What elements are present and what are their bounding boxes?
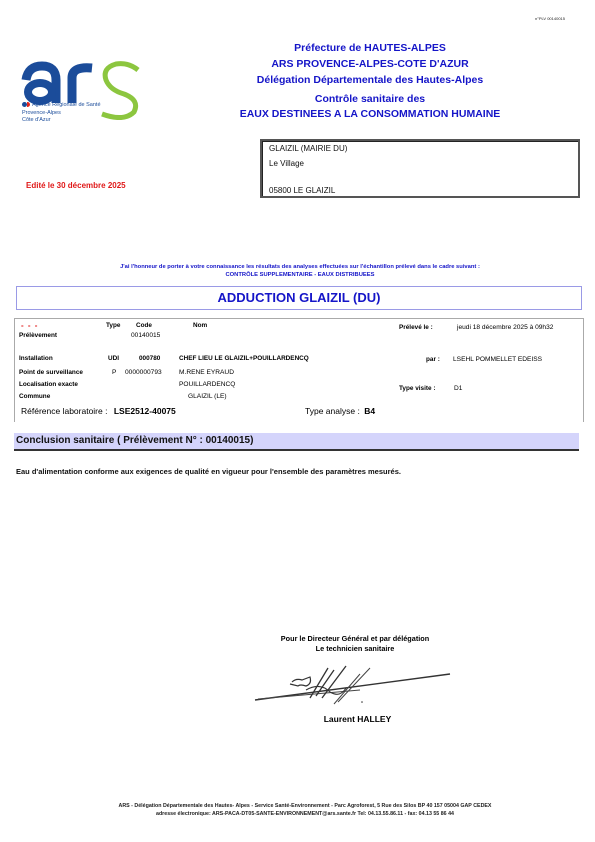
- handwritten-signature-icon: [250, 660, 470, 712]
- recipient-city: 05800 LE GLAIZIL: [269, 186, 335, 195]
- intro-line-1: J'ai l'honneur de porter à votre connais…: [20, 264, 580, 272]
- col-nom-header: Nom: [193, 322, 207, 329]
- point-type: P: [112, 369, 116, 376]
- conclusion-header: Conclusion sanitaire ( Prélèvement N° : …: [14, 433, 579, 451]
- footer-address: ARS - Délégation Départementale des Haut…: [40, 802, 570, 810]
- red-dot-icon: [27, 102, 30, 107]
- header-eaux: EAUX DESTINEES A LA CONSOMMATION HUMAINE: [200, 108, 540, 120]
- recipient-street: Le Village: [269, 159, 304, 168]
- header-prefecture: Préfecture de HAUTES-ALPES: [200, 42, 540, 54]
- document-reference: n°PLV 00140015: [535, 16, 565, 21]
- localisation-label: Localisation exacte: [19, 381, 78, 388]
- recipient-name: GLAIZIL (MAIRIE DU): [269, 144, 347, 153]
- installation-label: Installation: [19, 355, 53, 362]
- red-dashes: - - -: [21, 323, 38, 329]
- reference-laboratoire-row: Référence laboratoire : LSE2512-40075: [21, 406, 176, 416]
- preleve-le-value: jeudi 18 décembre 2025 à 09h32: [457, 324, 553, 331]
- footer: ARS - Délégation Départementale des Haut…: [40, 802, 570, 818]
- header-delegation: Délégation Départementale des Hautes-Alp…: [200, 74, 540, 86]
- type-visite-value: D1: [454, 385, 462, 392]
- par-label: par :: [426, 356, 440, 363]
- point-code: 0000000793: [125, 369, 162, 376]
- commune-label: Commune: [19, 393, 50, 400]
- sample-info-box: - - - Type Code Nom Prélèvement 00140015…: [14, 318, 584, 422]
- type-analyse-row: Type analyse : B4: [305, 406, 375, 416]
- recipient-address-box: GLAIZIL (MAIRIE DU) Le Village 05800 LE …: [260, 139, 580, 198]
- region-line-1: Provence-Alpes: [22, 110, 61, 117]
- installation-type: UDI: [108, 355, 119, 362]
- prelevement-code: 00140015: [131, 332, 160, 339]
- conclusion-text: Eau d'alimentation conforme aux exigence…: [16, 467, 401, 476]
- conclusion-title: Conclusion sanitaire ( Prélèvement N° : …: [16, 435, 253, 446]
- prelevement-label: Prélèvement: [19, 332, 57, 339]
- col-type-header: Type: [106, 322, 120, 329]
- installation-code: 000780: [139, 355, 160, 362]
- commune-value: GLAIZIL (LE): [188, 393, 227, 400]
- type-analyse-value: B4: [364, 406, 375, 416]
- signature-line-2: Le technicien sanitaire: [240, 644, 470, 654]
- ars-logo: Agence Régionale de Santé Provence-Alpes…: [20, 58, 145, 148]
- agency-name: Agence Régionale de Santé: [32, 102, 101, 108]
- signature-header: Pour le Directeur Général et par délégat…: [240, 634, 470, 653]
- type-analyse-label: Type analyse :: [305, 406, 360, 416]
- region-line-2: Côte d'Azur: [22, 117, 51, 124]
- header-controle: Contrôle sanitaire des: [200, 93, 540, 105]
- intro-text: J'ai l'honneur de porter à votre connais…: [20, 264, 580, 279]
- signatory-name: Laurent HALLEY: [240, 714, 475, 724]
- adduction-title: ADDUCTION GLAIZIL (DU): [16, 286, 582, 310]
- ref-labo-label: Référence laboratoire :: [21, 406, 107, 416]
- point-nom: M.RENE EYRAUD: [179, 369, 234, 376]
- intro-line-2: CONTRÔLE SUPPLEMENTAIRE - EAUX DISTRIBUE…: [20, 272, 580, 280]
- ref-labo-value: LSE2512-40075: [114, 406, 176, 416]
- installation-nom: CHEF LIEU LE GLAIZIL+POUILLARDENCQ: [179, 355, 309, 362]
- header-ars: ARS PROVENCE-ALPES-COTE D'AZUR: [200, 58, 540, 70]
- preleve-le-label: Prélevé le :: [399, 324, 433, 331]
- col-code-header: Code: [136, 322, 152, 329]
- point-surveillance-label: Point de surveillance: [19, 369, 83, 376]
- edited-date: Edité le 30 décembre 2025: [26, 181, 126, 190]
- localisation-value: POUILLARDENCQ: [179, 381, 235, 388]
- type-visite-label: Type visite :: [399, 385, 435, 392]
- signature-line-1: Pour le Directeur Général et par délégat…: [240, 634, 470, 644]
- par-value: LSEHL POMMELLET EDEISS: [453, 356, 542, 363]
- footer-contact: adresse électronique: ARS-PACA-DT05-SANT…: [40, 810, 570, 818]
